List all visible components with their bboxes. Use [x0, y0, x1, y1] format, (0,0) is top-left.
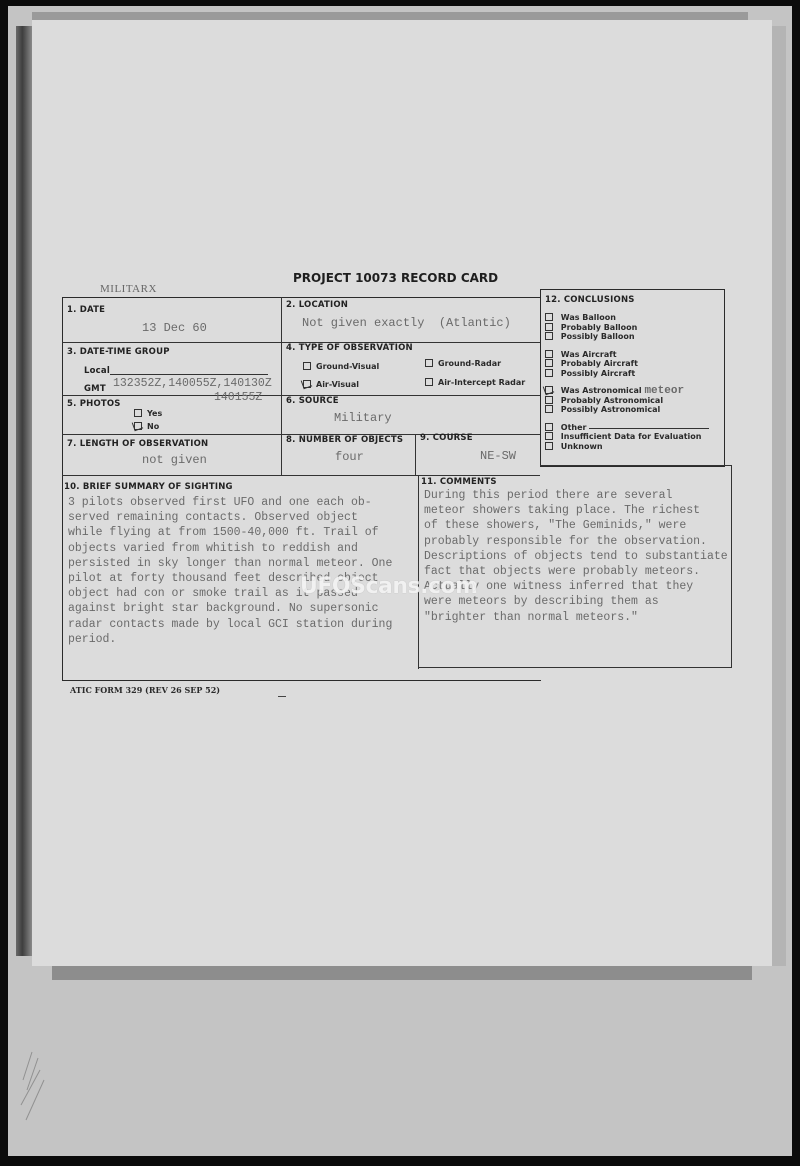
- checked-checkbox-icon: [545, 386, 553, 394]
- checkbox-icon: [545, 423, 553, 431]
- film-edge: [0, 1158, 800, 1166]
- course-label: 9. COURSE: [420, 433, 473, 443]
- checked-checkbox-icon: [134, 422, 142, 430]
- form-id: ATIC FORM 329 (REV 26 SEP 52): [70, 685, 220, 695]
- date-value: 13 Dec 60: [142, 321, 207, 335]
- watermark: UFOScans.com: [300, 574, 478, 599]
- local-time-line: [110, 374, 268, 375]
- course-value: NE-SW: [480, 449, 516, 463]
- checkbox-icon: [134, 409, 142, 417]
- checkbox-icon: [545, 313, 553, 321]
- summary-line: objects varied from whitish to reddish a…: [68, 541, 392, 556]
- summary-line: radar contacts made by local GCI station…: [68, 617, 392, 632]
- conclusion-probably-balloon: Probably Balloon: [545, 323, 709, 333]
- conclusion-was-aircraft: Was Aircraft: [545, 350, 709, 360]
- comment-line: Descriptions of objects tend to substant…: [424, 549, 728, 564]
- comment-line: "brighter than normal meteors.": [424, 610, 728, 625]
- checkbox-icon: [425, 378, 433, 386]
- location-value: Not given exactly (Atlantic): [302, 316, 511, 330]
- row-divider-4: [62, 475, 540, 476]
- comments-label: 11. COMMENTS: [421, 477, 497, 487]
- option-air-intercept-radar: Air-Intercept Radar: [425, 378, 525, 387]
- right-border: [731, 465, 732, 668]
- checkbox-icon: [545, 369, 553, 377]
- conclusion-possibly-balloon: Possibly Balloon: [545, 332, 709, 342]
- conclusion-insufficient-data: Insufficient Data for Evaluation: [545, 432, 709, 442]
- option-photos-yes: Yes: [134, 409, 162, 418]
- brief-summary-text: 3 pilots observed first UFO and one each…: [68, 495, 392, 647]
- option-ground-visual: Ground-Visual: [303, 362, 379, 371]
- option-air-visual: Air-Visual: [303, 380, 359, 389]
- comment-line: of these showers, "The Geminids," were: [424, 518, 728, 533]
- checkbox-icon: [545, 359, 553, 367]
- option-photos-no: No: [134, 422, 159, 431]
- card-title: PROJECT 10073 RECORD CARD: [293, 271, 498, 285]
- comment-line: probably responsible for the observation…: [424, 534, 728, 549]
- conclusion-possibly-astronomical: Possibly Astronomical: [545, 405, 709, 415]
- checkbox-icon: [545, 442, 553, 450]
- gmt-value: 132352Z,140055Z,140130Z: [113, 377, 272, 390]
- conclusions-label: 12. CONCLUSIONS: [545, 295, 635, 305]
- summary-line: against bright star background. No super…: [68, 601, 392, 616]
- brief-summary-label: 10. BRIEF SUMMARY OF SIGHTING: [64, 482, 233, 492]
- local-time-label: Local: [84, 366, 110, 376]
- conclusions-list: Was Balloon Probably Balloon Possibly Ba…: [545, 313, 709, 451]
- conclusion-other: Other: [545, 423, 709, 433]
- conclusion-probably-aircraft: Probably Aircraft: [545, 359, 709, 369]
- gmt-value-continued: 140155Z: [214, 391, 262, 404]
- source-value: Military: [334, 411, 392, 425]
- col-divider-3: [418, 475, 419, 669]
- gmt-label: GMT: [84, 384, 106, 394]
- date-label: 1. DATE: [67, 305, 105, 315]
- checkbox-icon: [303, 362, 311, 370]
- bottom-border-right: [418, 667, 732, 668]
- col-divider-2: [415, 434, 416, 475]
- photos-label: 5. PHOTOS: [67, 399, 121, 409]
- top-border-right: [540, 465, 732, 466]
- date-time-group-label: 3. DATE-TIME GROUP: [67, 347, 170, 357]
- checkbox-icon: [545, 350, 553, 358]
- checked-checkbox-icon: [303, 380, 311, 388]
- number-of-objects-value: four: [335, 450, 364, 464]
- conclusion-was-balloon: Was Balloon: [545, 313, 709, 323]
- conclusion-unknown: Unknown: [545, 442, 709, 452]
- length-of-observation-label: 7. LENGTH OF OBSERVATION: [67, 439, 208, 449]
- checkbox-icon: [425, 359, 433, 367]
- conclusion-possibly-aircraft: Possibly Aircraft: [545, 369, 709, 379]
- source-label: 6. SOURCE: [286, 396, 339, 406]
- col-divider-1: [281, 297, 282, 475]
- classification-stamp: MILITARX: [100, 283, 157, 295]
- summary-line: while flying at from 1500-40,000 ft. Tra…: [68, 525, 392, 540]
- summary-line: period.: [68, 632, 392, 647]
- location-label: 2. LOCATION: [286, 300, 348, 310]
- comments-text: During this period there are several met…: [424, 488, 728, 625]
- comment-line: meteor showers taking place. The richest: [424, 503, 728, 518]
- record-card: MILITARX PROJECT 10073 RECORD CARD 1. DA…: [0, 0, 800, 1166]
- length-of-observation-value: not given: [142, 453, 207, 467]
- checkbox-icon: [545, 405, 553, 413]
- conclusion-was-astronomical: Was Astronomical meteor: [545, 386, 709, 396]
- other-fill-line: [589, 428, 709, 429]
- number-of-objects-label: 8. NUMBER OF OBJECTS: [286, 435, 403, 445]
- type-of-observation-label: 4. TYPE OF OBSERVATION: [286, 343, 413, 353]
- checkbox-icon: [545, 332, 553, 340]
- comment-line: During this period there are several: [424, 488, 728, 503]
- checkbox-icon: [545, 432, 553, 440]
- summary-line: persisted in sky longer than normal mete…: [68, 556, 392, 571]
- summary-line: 3 pilots observed first UFO and one each…: [68, 495, 392, 510]
- paper-mark: [278, 696, 286, 697]
- summary-line: served remaining contacts. Observed obje…: [68, 510, 392, 525]
- checkbox-icon: [545, 396, 553, 404]
- option-ground-radar: Ground-Radar: [425, 359, 501, 368]
- checkbox-icon: [545, 323, 553, 331]
